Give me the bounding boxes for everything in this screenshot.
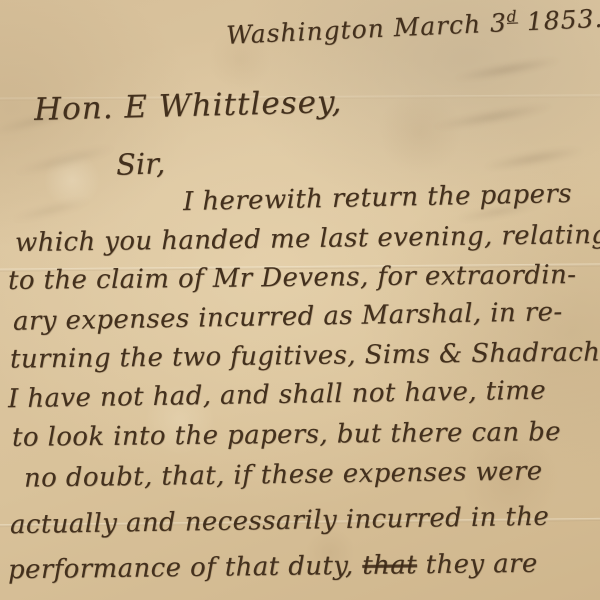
body-line-5: turning the two fugitives, Sims & Shadra… [10, 337, 600, 374]
dateline-year: 1853. [517, 4, 600, 37]
body-line-4: ary expenses incurred as Marshal, in re- [13, 297, 563, 337]
dateline: Washington March 3d 1853. [226, 3, 600, 49]
body-line-10-with-strikethrough: performance of that duty, that they are [8, 549, 538, 585]
body-line-3: to the claim of Mr Devens, for extraordi… [8, 260, 577, 296]
final-line-before: performance of that duty, [8, 551, 363, 585]
body-line-9: actually and necessarily incurred in the [10, 502, 550, 540]
final-line-after: they are [417, 549, 538, 580]
body-line-1: I herewith return the papers [183, 179, 572, 217]
body-line-8: no doubt, that, if these expenses were [24, 456, 543, 493]
struck-through-word: that [362, 550, 417, 581]
dateline-ordinal-superscript: d [506, 7, 518, 25]
body-line-7: to look into the papers, but there can b… [12, 417, 561, 453]
recipient-line: Hon. E Whittlesey, [34, 84, 343, 128]
dateline-place-date: Washington March 3 [226, 8, 508, 50]
letter-page: Washington March 3d 1853. Hon. E Whittle… [0, 0, 600, 600]
body-line-6: I have not had, and shall not have, time [8, 376, 546, 414]
body-line-2: which you handed me last evening, relati… [15, 220, 600, 258]
salutation-line: Sir, [115, 146, 165, 182]
